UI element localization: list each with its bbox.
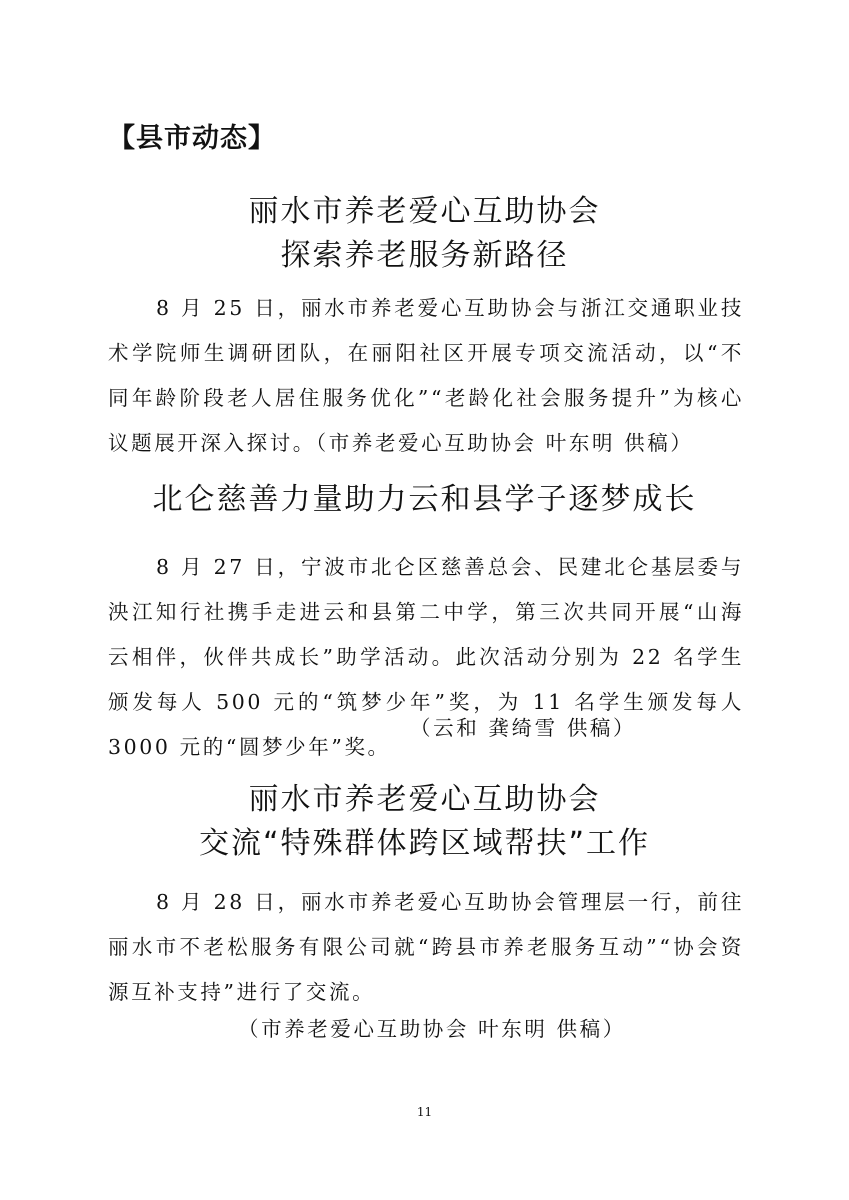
article-3-title: 丽水市养老爱心互助协会 交流“特殊群体跨区域帮扶”工作 [0, 778, 849, 866]
section-tag: 【县市动态】 [108, 116, 276, 155]
article-3-body: 8 月 28 日，丽水市养老爱心互助协会管理层一行，前往丽水市不老松服务有限公司… [108, 880, 744, 1015]
article-2-title: 北仑慈善力量助力云和县学子逐梦成长 [0, 478, 849, 522]
article-1-body: 8 月 25 日，丽水市养老爱心互助协会与浙江交通职业技术学院师生调研团队，在丽… [108, 286, 744, 466]
page-number: 11 [0, 1105, 849, 1119]
title-line: 北仑慈善力量助力云和县学子逐梦成长 [0, 478, 849, 522]
article-1-text: 8 月 25 日，丽水市养老爱心互助协会与浙江交通职业技术学院师生调研团队，在丽… [108, 296, 744, 455]
title-line: 丽水市养老爱心互助协会 [0, 778, 849, 822]
title-line: 探索养老服务新路径 [0, 234, 849, 278]
title-line: 丽水市养老爱心互助协会 [0, 190, 849, 234]
article-1-title: 丽水市养老爱心互助协会 探索养老服务新路径 [0, 190, 849, 278]
title-line: 交流“特殊群体跨区域帮扶”工作 [0, 822, 849, 866]
article-2-byline: （云和 龚绮雪 供稿） [410, 711, 636, 741]
article-3-text: 8 月 28 日，丽水市养老爱心互助协会管理层一行，前往丽水市不老松服务有限公司… [108, 890, 744, 1004]
article-3-byline: （市养老爱心互助协会 叶东明 供稿） [238, 1012, 626, 1042]
